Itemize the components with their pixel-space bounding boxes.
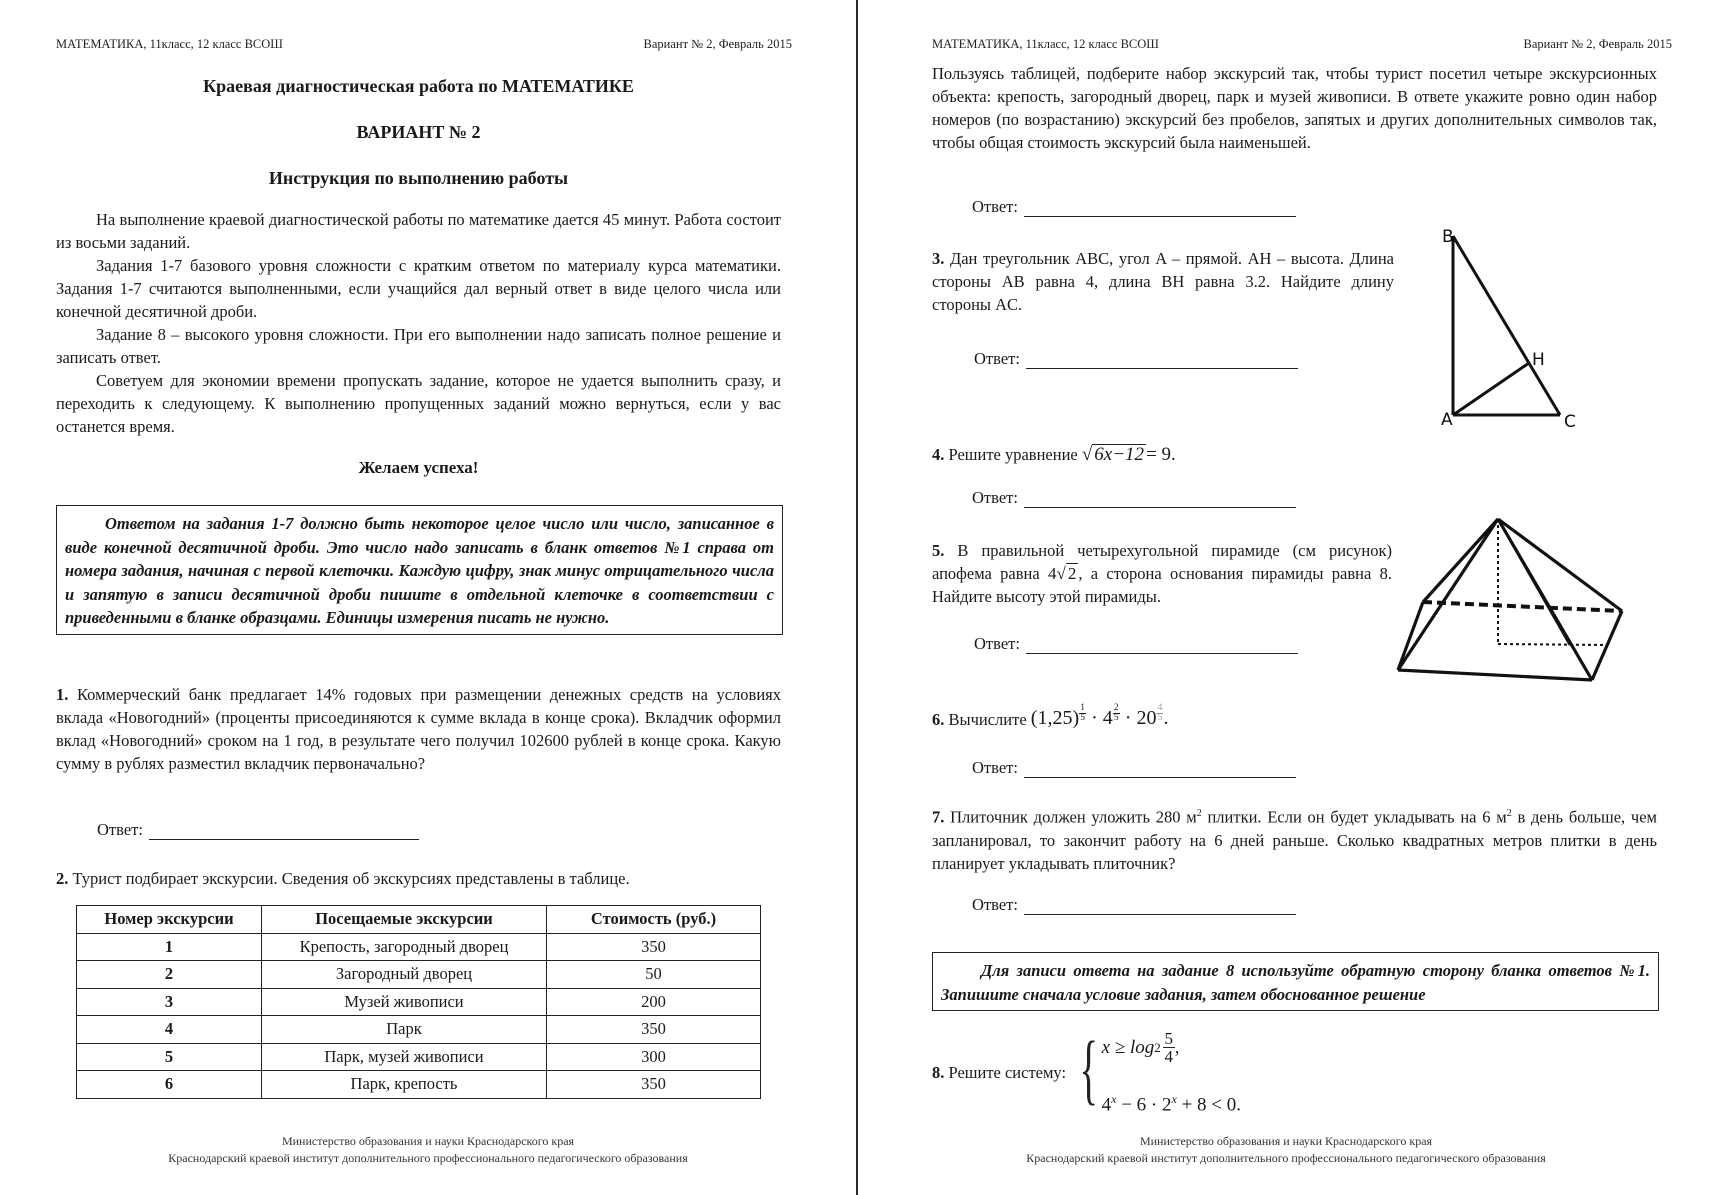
task-text: Дан треугольник ABC, угол A – прямой. AH…: [932, 249, 1394, 314]
running-header-left: МАТЕМАТИКА, 11класс, 12 класс ВСОШ: [56, 37, 283, 52]
answer-label: Ответ:: [972, 197, 1018, 217]
wish-text: Желаем успеха!: [56, 458, 781, 478]
table-row: 3 Музей живописи 200: [77, 988, 761, 1016]
answer-blank[interactable]: [1024, 762, 1296, 778]
answer-blank[interactable]: [1024, 201, 1296, 217]
cell-cost: 350: [547, 1071, 761, 1099]
task-number: 2.: [56, 869, 68, 888]
variant-title: ВАРИАНТ № 2: [56, 122, 781, 143]
task-3: 3. Дан треугольник ABC, угол A – прямой.…: [932, 247, 1394, 316]
instructions-title: Инструкция по выполнению работы: [56, 168, 781, 189]
excursions-table: Номер экскурсии Посещаемые экскурсии Сто…: [76, 905, 761, 1099]
cell-excursion: Парк: [262, 1016, 547, 1044]
answer-field-5[interactable]: Ответ:: [974, 634, 1298, 654]
cell-cost: 50: [547, 961, 761, 989]
answer-field-7[interactable]: Ответ:: [972, 895, 1296, 915]
page-divider: [856, 0, 858, 1195]
task-text: Коммерческий банк предлагает 14% годовых…: [56, 685, 781, 773]
table-row: 6 Парк, крепость 350: [77, 1071, 761, 1099]
instruction-paragraph: Советуем для экономии времени пропускать…: [56, 369, 781, 438]
answer-label: Ответ:: [972, 758, 1018, 778]
footer-line: Краснодарский краевой институт дополните…: [860, 1150, 1712, 1167]
answer-field-3[interactable]: Ответ:: [974, 349, 1298, 369]
cell-excursion: Крепость, загородный дворец: [262, 933, 547, 961]
cell-excursion: Музей живописи: [262, 988, 547, 1016]
vertex-label-b: B: [1442, 227, 1454, 247]
task-text: Решите систему:: [949, 1063, 1067, 1083]
task-number: 5.: [932, 541, 944, 560]
answer-blank[interactable]: [1024, 492, 1296, 508]
instruction-paragraph: Задание 8 – высокого уровня сложности. П…: [56, 323, 781, 369]
answer-label: Ответ:: [972, 488, 1018, 508]
answer-blank[interactable]: [1026, 353, 1298, 369]
cell-cost: 200: [547, 988, 761, 1016]
answer-label: Ответ:: [972, 895, 1018, 915]
answer-blank[interactable]: [149, 824, 419, 840]
page-1: МАТЕМАТИКА, 11класс, 12 класс ВСОШ Вариа…: [0, 0, 856, 1195]
answer-label: Ответ:: [974, 349, 1020, 369]
answer-blank[interactable]: [1026, 638, 1298, 654]
cell-excursion: Загородный дворец: [262, 961, 547, 989]
cell-cost: 350: [547, 933, 761, 961]
instruction-paragraph: На выполнение краевой диагностической ра…: [56, 208, 781, 254]
answer-field-6[interactable]: Ответ:: [972, 758, 1296, 778]
task-4: 4. Решите уравнение √6x−12= 9.: [932, 444, 1176, 466]
pyramid-figure: [1390, 510, 1660, 690]
radicand: 6x−12: [1092, 444, 1146, 465]
cell-number: 5: [77, 1043, 262, 1071]
table-row: 5 Парк, музей живописи 300: [77, 1043, 761, 1071]
cell-excursion: Парк, крепость: [262, 1071, 547, 1099]
equation: √6x−12= 9.: [1082, 444, 1176, 465]
column-header: Посещаемые экскурсии: [262, 906, 547, 934]
task-number: 3.: [932, 249, 944, 268]
answer-blank[interactable]: [1024, 899, 1296, 915]
task-text: Турист подбирает экскурсии. Сведения об …: [73, 869, 630, 888]
task-8-notice: Для записи ответа на задание 8 используй…: [932, 952, 1659, 1011]
task-number: 7.: [932, 808, 944, 827]
cell-cost: 300: [547, 1043, 761, 1071]
vertex-label-h: H: [1532, 350, 1545, 370]
brace-symbol: {: [1080, 1030, 1099, 1116]
answer-label: Ответ:: [97, 820, 143, 840]
expression: (1,25)15 · 425 · 2045.: [1031, 704, 1169, 730]
task-number: 1.: [56, 685, 68, 704]
instructions-body: На выполнение краевой диагностической ра…: [56, 208, 781, 438]
table-row: 1 Крепость, загородный дворец 350: [77, 933, 761, 961]
task-number: 8.: [932, 1063, 944, 1083]
cell-number: 6: [77, 1071, 262, 1099]
column-header: Стоимость (руб.): [547, 906, 761, 934]
cell-excursion: Парк, музей живописи: [262, 1043, 547, 1071]
vertex-label-a: A: [1441, 410, 1453, 430]
task-6: 6. Вычислите (1,25)15 · 425 · 2045.: [932, 694, 1168, 730]
cell-number: 3: [77, 988, 262, 1016]
footer-line: Министерство образования и науки Краснод…: [860, 1133, 1712, 1150]
page-2: МАТЕМАТИКА, 11класс, 12 класс ВСОШ Вариа…: [860, 0, 1712, 1195]
document-title: Краевая диагностическая работа по МАТЕМА…: [56, 76, 781, 97]
answer-field-1[interactable]: Ответ:: [97, 820, 419, 840]
vertex-label-c: C: [1564, 412, 1576, 430]
task-2-continued: Пользуясь таблицей, подберите набор экск…: [932, 62, 1657, 154]
table-header-row: Номер экскурсии Посещаемые экскурсии Сто…: [77, 906, 761, 934]
task-1: 1. Коммерческий банк предлагает 14% годо…: [56, 683, 781, 775]
table-row: 2 Загородный дворец 50: [77, 961, 761, 989]
instruction-paragraph: Задания 1-7 базового уровня сложности с …: [56, 254, 781, 323]
task-7: 7. Плиточник должен уложить 280 м2 плитк…: [932, 802, 1657, 875]
running-header-left: МАТЕМАТИКА, 11класс, 12 класс ВСОШ: [932, 37, 1159, 52]
running-header-right: Вариант № 2, Февраль 2015: [1524, 37, 1673, 52]
task-2: 2. Турист подбирает экскурсии. Сведения …: [56, 867, 781, 890]
answer-field-2[interactable]: Ответ:: [972, 197, 1296, 217]
cell-number: 1: [77, 933, 262, 961]
page-footer: Министерство образования и науки Краснод…: [0, 1133, 856, 1167]
triangle-figure: B H A C: [1440, 220, 1590, 430]
task-text: Вычислите: [949, 710, 1027, 730]
running-header-right: Вариант № 2, Февраль 2015: [644, 37, 793, 52]
column-header: Номер экскурсии: [77, 906, 262, 934]
table-row: 4 Парк 350: [77, 1016, 761, 1044]
inequality-system: { x ≥ log2 5 4 , 4x − 6 · 2x + 8 < 0.: [1070, 1030, 1241, 1116]
footer-line: Краснодарский краевой институт дополните…: [0, 1150, 856, 1167]
cell-number: 4: [77, 1016, 262, 1044]
task-text: Решите уравнение: [949, 445, 1078, 464]
answer-field-4[interactable]: Ответ:: [972, 488, 1296, 508]
cell-number: 2: [77, 961, 262, 989]
task-number: 6.: [932, 710, 944, 730]
page-footer: Министерство образования и науки Краснод…: [860, 1133, 1712, 1167]
task-5: 5. В правильной четырехугольной пирамиде…: [932, 539, 1392, 608]
answer-label: Ответ:: [974, 634, 1020, 654]
apothem-value: 4√2: [1048, 564, 1078, 583]
answer-format-notice: Ответом на задания 1-7 должно быть некот…: [56, 505, 783, 635]
task-number: 4.: [932, 445, 944, 464]
cell-cost: 350: [547, 1016, 761, 1044]
task-8: 8. Решите систему: { x ≥ log2 5 4 , 4x −…: [932, 1028, 1241, 1118]
footer-line: Министерство образования и науки Краснод…: [0, 1133, 856, 1150]
